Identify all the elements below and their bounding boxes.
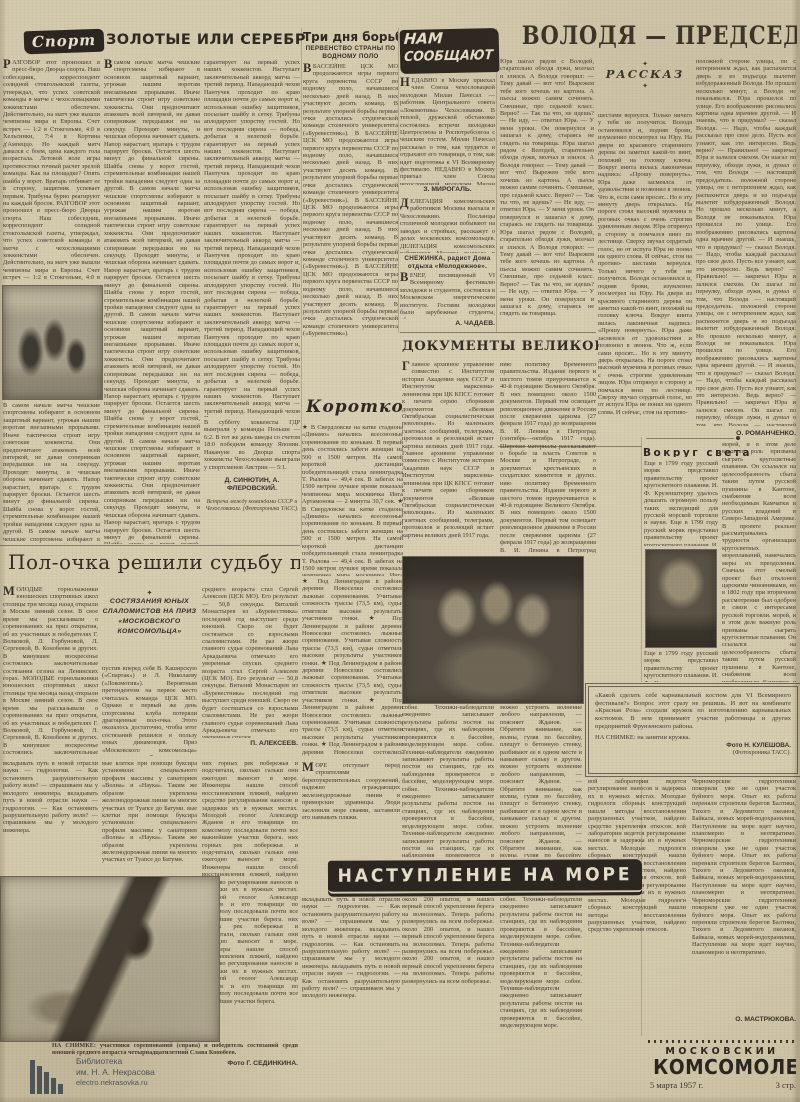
diamond-ornament: ✦: [598, 82, 692, 90]
rasskaz-header: ✦ РАССКАЗ ✦: [598, 60, 692, 108]
soob-byline2: А. ЧАДАЕВ.: [400, 320, 495, 329]
banner-line1: НАМ: [403, 28, 499, 49]
section-rule: [0, 545, 300, 546]
slalom-col3: среднего возраста стал Сергей Алексеев (…: [202, 586, 298, 738]
sport-logo-label: Спорт: [32, 31, 97, 51]
slalom-box-header: ✦ СОСТЯЗАНИЯ ЮНЫХ СЛАЛОМИСТОВ НА ПРИЗ «М…: [102, 589, 197, 661]
volodya-col3: положной стороне улицы, он с нетерпением…: [696, 58, 796, 426]
library-stamp: Библиотека им. Н. А. Некрасова electro.n…: [30, 1048, 230, 1098]
waterpolo-title: Три дня борьбы: [303, 28, 398, 43]
sea-article-col: вые клетки при помощи буксира установили…: [102, 760, 197, 872]
slalom-byline: П. АЛЕКСЕЕВ.: [202, 740, 298, 750]
caption-agency: (Фотохроника ТАСС).: [595, 749, 791, 756]
sport-logo: Спорт: [24, 29, 105, 55]
caption-credit: Фото Н. КУЛЕШОВА.: [595, 742, 791, 750]
dotted-rule: [648, 1040, 795, 1043]
hockey-article-col1b: В самом начале матча чешские спортсмены …: [3, 402, 100, 544]
sea-article-col: вкладывать путь в новой отрасли науки — …: [3, 760, 98, 872]
dokumenty-headline: ДОКУМЕНТЫ ВЕЛИКОГО ОКТЯБРЯ: [402, 337, 598, 357]
carnival-circle-photo: [402, 556, 584, 704]
soob-byline1: З. МИРОГАЛЬ.: [400, 186, 495, 195]
soob-item1: НЕДАВНО в Москву приехал член Союза чехо…: [400, 77, 495, 185]
hockey-photo: [2, 285, 103, 400]
nam-soobshchayut-banner: НАМ СООБЩАЮТ: [400, 28, 500, 74]
volodya-col1: Юра шагал рядом с Володей, старательно о…: [500, 58, 594, 330]
dokumenty-col2: нию политику Временного правительства. И…: [500, 361, 596, 553]
slalom-col2: пустив вперед себя В. Каширскую («Спарта…: [102, 665, 197, 756]
stamp-url: electro.nekrasovka.ru: [76, 1078, 148, 1087]
hockey-article-col2: В самом начале матча чешские спортсмены …: [104, 59, 200, 544]
vokrug-rule: [646, 438, 734, 439]
hockey-byline: Д. СИНЮТИН, А. ФЛЕРОВСКИЙ.: [204, 477, 300, 495]
volodya-col2: шестами вернулся. Только ничего у тебя н…: [598, 112, 692, 442]
stamp-name: им. Н. А. Некрасова: [76, 1067, 155, 1077]
column-rule: [641, 437, 642, 682]
caption-text: «Какой сделать себе карнавальный костюм …: [595, 692, 791, 734]
masthead-page-number: 3 стр.: [752, 1080, 796, 1092]
vokrug-text-bottom: Еще в 1799 году русский моряк представил…: [644, 650, 718, 682]
masthead-line2: КОМСОМОЛЕЦ: [648, 1057, 796, 1077]
section-rule: [400, 332, 596, 333]
sea-article-col: собне. Техники-наблюдатели ежедневно зап…: [500, 896, 582, 1040]
masthead-date: 5 марта 1957 г.: [650, 1080, 742, 1092]
sea-article-byline: О. МАСТРЮКОВА.: [692, 1016, 796, 1026]
slalom-col1: МОЛОДЫЕ горнолыжники юношеских спортивны…: [3, 586, 98, 756]
stamp-org: Библиотека: [76, 1056, 122, 1066]
diamond-ornament: ✦: [102, 589, 197, 597]
sea-article-col: собне. Техники-наблюдатели ежедневно зап…: [402, 704, 494, 857]
column-rule: [496, 28, 497, 333]
vokrug-text-right: морей, и в этом деле важную роль призван…: [722, 441, 796, 682]
waterpolo-body: В БАССЕЙНЕ ЦСК МО продолжаются игры перв…: [303, 63, 398, 396]
sea-article-col: около 200 опытов, и нашел верный способ …: [402, 896, 494, 1040]
slalom-photo: [0, 876, 220, 1042]
slalom-headline: Пол-очка решили судьбу приза: [8, 551, 300, 578]
vokrug-portrait-photo: [645, 549, 717, 648]
stamp-bars-icon: [30, 1060, 65, 1094]
nastuplenie-banner: НАСТУПЛЕНИЕ НА МОРЕ: [328, 859, 642, 894]
waterpolo-subtitle: ПЕРВЕНСТВО СТРАНЫ ПО ВОДНОМУ ПОЛО: [303, 45, 398, 61]
hockey-article-col3: гарантирует на первый успех наших хоккеи…: [204, 59, 300, 417]
sea-article-col: МОРЕ отступает перед строителями берегоу…: [302, 762, 400, 856]
hockey-article-col1: РАЗГОВОР этот произошел в пресс-бюро Дво…: [3, 59, 100, 282]
korotko-title: Коротко: [306, 399, 402, 420]
soob-item2: ДЕЛЕГАЦИЯ комсомольских работников Москв…: [400, 198, 495, 253]
photo-caption-box: «Какой сделать себе карнавальный костюм …: [588, 686, 798, 774]
caption-na-snimke: НА СНИМКЕ: на занятии кружка.: [595, 734, 791, 742]
rule-dot-ornament: [736, 436, 740, 440]
soob-item4: ВЕЧЕР, посвященный VI Всемирному фестива…: [400, 272, 495, 319]
vokrug-text-top: Еще в 1799 году русский моряк представил…: [644, 460, 718, 546]
dokumenty-col1: Главное архивное управление совместно с …: [402, 361, 494, 553]
hockey-photo-credit: Встреча между командами СССР и Чехослова…: [204, 499, 300, 543]
banner-line2: СООБЩАЮТ: [404, 47, 493, 66]
newspaper-page: Спорт ЗОЛОТЫЕ ИЛИ СЕРЕБРЯНЫЕ? РАЗГОВОР э…: [0, 0, 800, 1102]
soob-item3: СНЕЖИНКА, радист Дома отдыха «Молодежное…: [400, 255, 495, 271]
sea-article-col: можно устроить волнение любого направлен…: [500, 704, 582, 857]
hockey-headline: ЗОЛОТЫЕ ИЛИ СЕРЕБРЯНЫЕ?: [106, 31, 306, 52]
korotko-item: ★ Под Ленинградом в районе деревни Новос…: [302, 578, 403, 756]
sea-article-col: вкладывать путь в новой отрасли науки — …: [302, 896, 400, 1040]
volodya-headline: ВОЛОДЯ — ПРЕДСЕДАТЕЛЬ: [498, 22, 797, 54]
sea-article-col: вой лаборатории ведется регулирование на…: [588, 778, 686, 1032]
column-rule: [398, 28, 399, 333]
sea-article-col: Черноморские гидротехники покорили уже н…: [692, 778, 796, 1014]
hockey-score-note: В субботу хоккеисты ГДР выиграли у коман…: [204, 419, 300, 475]
korotko-item: ★ В Свердловске на катке стадиона «Динам…: [302, 424, 403, 576]
